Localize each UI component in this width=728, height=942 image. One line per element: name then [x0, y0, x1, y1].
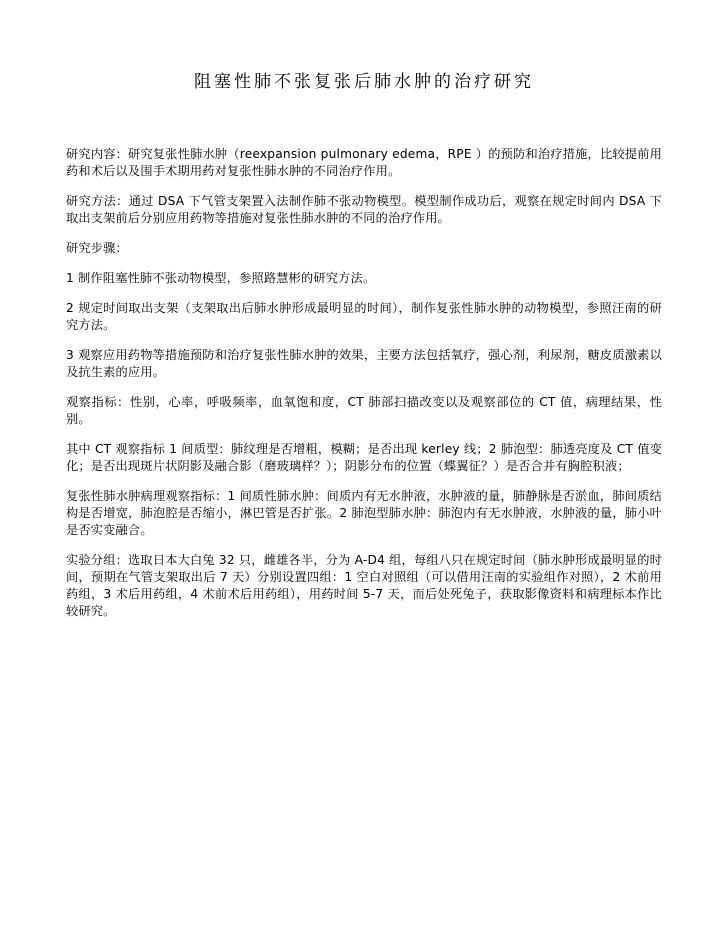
paragraph-research-method: 研究方法：通过 DSA 下气管支架置入法制作肺不张动物模型。模型制作成功后，观察… — [66, 193, 662, 227]
paragraph-step-3: 3 观察应用药物等措施预防和治疗复张性肺水肿的效果，主要方法包括氧疗，强心剂，利… — [66, 347, 662, 381]
paragraph-observation-indicators: 观察指标：性别，心率，呼吸频率，血氧饱和度，CT 肺部扫描改变以及观察部位的 C… — [66, 394, 662, 428]
paragraph-step-1: 1 制作阻塞性肺不张动物模型，参照路慧彬的研究方法。 — [66, 270, 662, 287]
paragraph-step-2: 2 规定时间取出支架（支架取出后肺水肿形成最明显的时间），制作复张性肺水肿的动物… — [66, 300, 662, 334]
document-title: 阻塞性肺不张复张后肺水肿的治疗研究 — [0, 67, 728, 92]
paragraph-experiment-groups: 实验分组：选取日本大白兔 32 只，雌雄各半，分为 A-D4 组，每组八只在规定… — [66, 552, 662, 620]
paragraph-ct-indicators: 其中 CT 观察指标 1 间质型：肺纹理是否增粗，模糊；是否出现 kerley … — [66, 441, 662, 475]
document-body: 研究内容：研究复张性肺水肿（reexpansion pulmonary edem… — [66, 146, 662, 633]
paragraph-research-content: 研究内容：研究复张性肺水肿（reexpansion pulmonary edem… — [66, 146, 662, 180]
paragraph-pathology-indicators: 复张性肺水肿病理观察指标：1 间质性肺水肿：间质内有无水肿液，水肿液的量，肺静脉… — [66, 488, 662, 539]
paragraph-research-steps-heading: 研究步骤： — [66, 240, 662, 257]
